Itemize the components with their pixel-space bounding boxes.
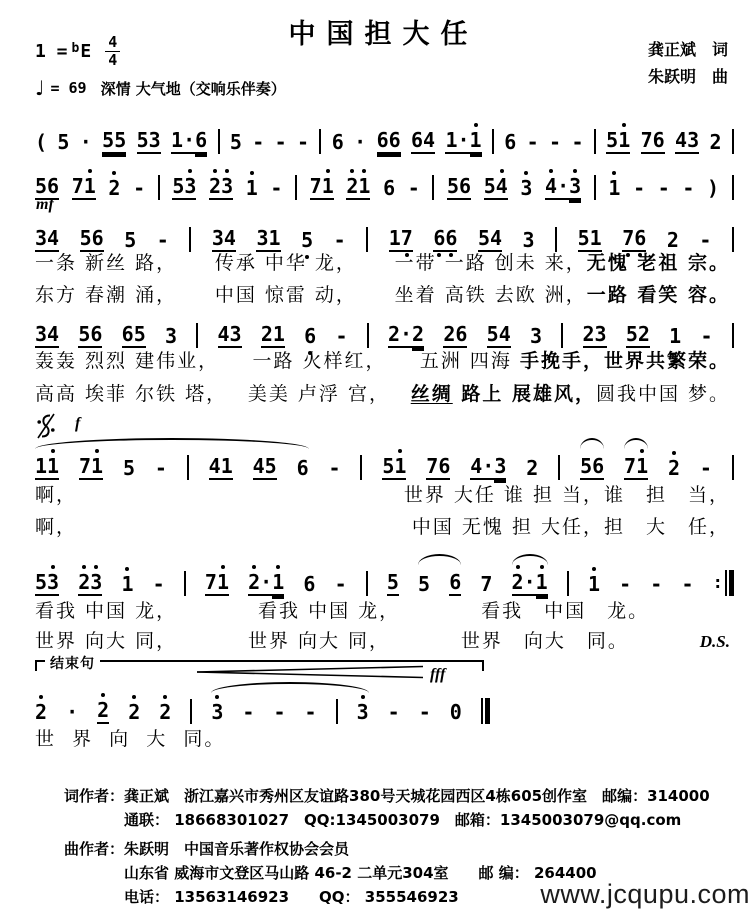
dash: - bbox=[419, 702, 431, 724]
dynamic-fff: fff bbox=[430, 666, 445, 684]
note-digit: - bbox=[335, 326, 347, 346]
note-group: - bbox=[252, 132, 264, 154]
note-digit: - bbox=[527, 132, 539, 152]
note-group bbox=[366, 571, 368, 596]
dash: - bbox=[700, 326, 712, 348]
note: 6 bbox=[303, 574, 315, 596]
note: 6 bbox=[332, 132, 344, 154]
note: 51 bbox=[382, 456, 406, 480]
paren: ) bbox=[707, 178, 719, 200]
lyric-segment: 东方 春潮 涌， bbox=[35, 284, 177, 307]
note: · bbox=[80, 132, 92, 154]
note: 6 bbox=[304, 326, 316, 348]
note: 1 bbox=[588, 574, 600, 596]
note: 34 bbox=[35, 228, 59, 252]
note-group: - bbox=[270, 178, 282, 200]
note: 41 bbox=[209, 456, 233, 480]
note-digit: 4 bbox=[218, 324, 230, 344]
note-digit: ( bbox=[35, 132, 47, 152]
note-group bbox=[189, 227, 191, 252]
ds-mark: D.S. bbox=[700, 632, 730, 652]
note-digit: 5 bbox=[382, 456, 394, 476]
note-digit: 1 bbox=[470, 130, 482, 150]
note-digit: 1 bbox=[636, 456, 648, 476]
note-group: 6 bbox=[303, 574, 315, 596]
note-group bbox=[561, 323, 563, 348]
barline bbox=[732, 227, 734, 252]
note-group: 53 bbox=[35, 572, 59, 596]
note-group bbox=[594, 129, 596, 154]
note-digit: 5 bbox=[387, 572, 399, 592]
note-digit: 2 bbox=[512, 572, 524, 592]
lyric-segment: 世界 向大 同， bbox=[248, 630, 390, 653]
dash: - bbox=[699, 230, 711, 252]
note: 1 bbox=[536, 572, 548, 596]
note-group: - bbox=[408, 178, 420, 200]
note-group: 6 bbox=[297, 458, 309, 480]
note-digit: 6 bbox=[449, 572, 461, 592]
note-group: 51 bbox=[578, 228, 602, 252]
dynamic-f: f bbox=[75, 415, 80, 433]
lyric-row: 世 界 向 大 同。 bbox=[35, 728, 315, 751]
note-digit: 5 bbox=[265, 456, 277, 476]
note-digit: - bbox=[650, 574, 662, 594]
note-digit: - bbox=[619, 574, 631, 594]
note-group: 5 bbox=[418, 574, 430, 596]
note: 43 bbox=[218, 324, 242, 348]
note: 5 bbox=[387, 572, 399, 596]
note-digit: 6 bbox=[332, 132, 344, 152]
note: 1 bbox=[608, 178, 620, 200]
note-group: 43 bbox=[218, 324, 242, 348]
note-group: - bbox=[658, 178, 670, 200]
music-line: 34565-34315-176654351762- bbox=[35, 222, 734, 252]
note-digit: 3 bbox=[523, 230, 535, 250]
note-digit: - bbox=[682, 178, 694, 198]
note-digit: 6 bbox=[122, 324, 134, 344]
barline bbox=[189, 227, 191, 252]
note: 5 bbox=[123, 458, 135, 480]
note-group: 1 bbox=[669, 326, 681, 348]
lyric-row: 啊，世界 大任 谁 担 当，谁 担 当， bbox=[35, 484, 730, 507]
note-digit: 4 bbox=[675, 130, 687, 150]
note-digit: 5 bbox=[123, 458, 135, 478]
barline bbox=[732, 129, 734, 154]
note-digit: 5 bbox=[78, 324, 90, 344]
note-digit: 5 bbox=[626, 324, 638, 344]
music-line: 345665343216-2·22654323521- bbox=[35, 318, 734, 348]
note: 7 bbox=[480, 574, 492, 596]
note-group: - bbox=[335, 574, 347, 596]
lyric-segment: 啊， bbox=[35, 484, 77, 507]
note-group: · bbox=[80, 132, 92, 154]
barline bbox=[732, 323, 734, 348]
note-group: 17 bbox=[389, 228, 413, 252]
note: 45 bbox=[253, 456, 277, 480]
slur bbox=[211, 682, 369, 693]
note-group: - bbox=[157, 230, 169, 252]
note-group: 51 bbox=[606, 130, 630, 154]
note-digit: 2 bbox=[443, 324, 455, 344]
music-line: 53231-712·16-55672·11---: bbox=[35, 566, 734, 596]
lyric-segment: 一路 火样红， bbox=[252, 350, 386, 373]
note-group: 66 bbox=[433, 228, 457, 252]
note-digit: 5 bbox=[35, 572, 47, 592]
note-group: 1 bbox=[588, 574, 600, 596]
dash: - bbox=[275, 132, 287, 154]
note-digit: 1 bbox=[669, 326, 681, 346]
note: 6 bbox=[195, 130, 207, 154]
lyric-segment: 看我 中国 龙， bbox=[258, 600, 400, 623]
note-digit: - bbox=[700, 458, 712, 478]
note-digit: 1 bbox=[221, 456, 233, 476]
note-digit: 1 bbox=[588, 574, 600, 594]
note: 71 bbox=[624, 456, 648, 480]
note-group: 5 bbox=[123, 458, 135, 480]
note: 56 bbox=[78, 324, 102, 348]
note-digit: - bbox=[334, 230, 346, 250]
note-digit: 7 bbox=[401, 228, 413, 248]
barline bbox=[432, 175, 434, 200]
note-group: 1·6 bbox=[171, 130, 207, 154]
note-digit: 6 bbox=[304, 326, 316, 346]
note-digit: 6 bbox=[383, 178, 395, 198]
slur bbox=[418, 554, 461, 565]
note-group: 3 bbox=[165, 326, 177, 348]
note-digit: 7 bbox=[310, 176, 322, 196]
note: 23 bbox=[583, 324, 607, 348]
note: 3 bbox=[523, 230, 535, 252]
note-group: - bbox=[619, 574, 631, 596]
note-group: 4·3 bbox=[470, 456, 506, 480]
lyric-row: 一条 新丝 路，传承 中华 龙，一带 一路 创未 来，无愧 老祖 宗。 bbox=[35, 252, 730, 275]
repeat-dots: : bbox=[713, 573, 723, 593]
note: 1 bbox=[246, 178, 258, 200]
dash: - bbox=[252, 132, 264, 154]
lyric-segment: 啊， bbox=[35, 516, 77, 539]
note-digit: - bbox=[658, 178, 670, 198]
dash: - bbox=[329, 458, 341, 480]
final-barline bbox=[481, 698, 490, 724]
note-digit: 1 bbox=[273, 324, 285, 344]
note-digit: 5 bbox=[418, 574, 430, 594]
barline bbox=[196, 323, 198, 348]
note-group: 4·3 bbox=[545, 176, 581, 200]
segno-icon bbox=[35, 413, 57, 439]
note-digit: 5 bbox=[484, 176, 496, 196]
note-digit: 1 bbox=[91, 456, 103, 476]
note-digit: 6 bbox=[195, 130, 207, 150]
note-digit: 4 bbox=[47, 228, 59, 248]
note-digit: 2 bbox=[526, 458, 538, 478]
note: 3 bbox=[569, 176, 581, 200]
lyric-segment: 中国 无愧 担 大任，担 大 任， bbox=[412, 516, 730, 539]
lyric-segment: 看我 中国 龙， bbox=[35, 600, 177, 623]
note-group: 5 bbox=[230, 132, 242, 154]
note-digit: 5 bbox=[578, 228, 590, 248]
barline bbox=[190, 699, 192, 724]
barline bbox=[594, 175, 596, 200]
note: 4· bbox=[470, 456, 494, 480]
note-group: 23 bbox=[583, 324, 607, 348]
note-group: 6 bbox=[332, 132, 344, 154]
note-digit: 3 bbox=[35, 228, 47, 248]
note-group: - bbox=[549, 132, 561, 154]
lyric-segment: 一条 新丝 路， bbox=[35, 252, 177, 275]
note-group: - bbox=[700, 458, 712, 480]
note-group: 2 bbox=[667, 230, 679, 252]
note-digit: 2 bbox=[78, 572, 90, 592]
note-digit: 2 bbox=[583, 324, 595, 344]
dash: - bbox=[273, 702, 285, 724]
note: 76 bbox=[622, 228, 646, 252]
note-digit: 2 bbox=[261, 324, 273, 344]
slur bbox=[512, 554, 548, 565]
note-group: 6 bbox=[449, 572, 461, 596]
note-digit: 2 bbox=[159, 702, 171, 722]
footer-line: 词作者：龚正斌 浙江嘉兴市秀州区友谊路380号天城花园西区4栋605创作室 邮编… bbox=[64, 784, 710, 808]
note: · bbox=[354, 132, 366, 154]
barline bbox=[732, 455, 734, 480]
dash: - bbox=[658, 178, 670, 200]
note-group: - bbox=[419, 702, 431, 724]
note-group: 3 bbox=[357, 702, 369, 724]
note-group: 41 bbox=[209, 456, 233, 480]
note: 52 bbox=[626, 324, 650, 348]
lyric-segment: 世 界 向 大 同。 bbox=[35, 728, 225, 751]
dash: - bbox=[619, 574, 631, 596]
note-group: 5 bbox=[124, 230, 136, 252]
note: 6 bbox=[449, 572, 461, 596]
lyric-segment: 丝绸 bbox=[411, 383, 453, 406]
note-group: 52 bbox=[626, 324, 650, 348]
dash: - bbox=[335, 574, 347, 596]
lyric-segment: 轰轰 烈烈 建伟业， bbox=[35, 350, 219, 373]
music-line: 2·2223---3--0 bbox=[35, 694, 490, 724]
note-group: 53 bbox=[172, 176, 196, 200]
note-digit: 2 bbox=[108, 178, 120, 198]
note-group: 2 bbox=[97, 700, 109, 724]
note: 21 bbox=[261, 324, 285, 348]
note-digit: 6 bbox=[592, 456, 604, 476]
note: 2 bbox=[709, 132, 721, 154]
note-digit: - bbox=[408, 178, 420, 198]
barline bbox=[558, 455, 560, 480]
note-digit: · bbox=[557, 176, 569, 196]
note: 23 bbox=[78, 572, 102, 596]
note: 1 bbox=[272, 572, 284, 596]
note-digit: 1 bbox=[590, 228, 602, 248]
note-digit: · bbox=[80, 132, 92, 152]
lyric-segment: 一带 一路 创未 来， bbox=[395, 252, 587, 275]
note-group: - bbox=[699, 230, 711, 252]
note: 3 bbox=[520, 178, 532, 200]
note-group: - bbox=[329, 458, 341, 480]
lyric-segment: 一路 看笑 容。 bbox=[587, 284, 730, 307]
note-digit: 3 bbox=[184, 176, 196, 196]
note: 71 bbox=[205, 572, 229, 596]
note-digit: · bbox=[482, 456, 494, 476]
note-group: 43 bbox=[675, 130, 699, 154]
note: 1· bbox=[445, 130, 469, 154]
note: 53 bbox=[35, 572, 59, 596]
note-digit: 3 bbox=[90, 572, 102, 592]
note-group: 76 bbox=[426, 456, 450, 480]
note-group: 2·1 bbox=[248, 572, 284, 596]
note-digit: 1 bbox=[272, 572, 284, 592]
note-group: ( bbox=[35, 132, 47, 154]
note-group: 21 bbox=[346, 176, 370, 200]
note-group: 76 bbox=[622, 228, 646, 252]
note-digit: - bbox=[242, 702, 254, 722]
note-group: 51 bbox=[382, 456, 406, 480]
note-group: 56 bbox=[580, 456, 604, 480]
note-digit: 2 bbox=[248, 572, 260, 592]
note-group: - bbox=[275, 132, 287, 154]
note-group bbox=[732, 323, 734, 348]
dash: - bbox=[242, 702, 254, 724]
note-group bbox=[732, 455, 734, 480]
note-digit: 3 bbox=[35, 324, 47, 344]
note-digit: 4 bbox=[253, 456, 265, 476]
note-digit: 5 bbox=[487, 324, 499, 344]
note-digit: 5 bbox=[447, 176, 459, 196]
note-group bbox=[567, 571, 569, 596]
note-digit: 2 bbox=[412, 324, 424, 344]
note-digit: · bbox=[354, 132, 366, 152]
note: 31 bbox=[256, 228, 280, 252]
note: 71 bbox=[79, 456, 103, 480]
note-digit: 5 bbox=[137, 130, 149, 150]
note-digit: · bbox=[524, 572, 536, 592]
note-digit: 1 bbox=[322, 176, 334, 196]
note-digit: · bbox=[66, 702, 78, 722]
lyric-segment: 世界 向大 同。 bbox=[461, 630, 629, 653]
note-digit: 5 bbox=[172, 176, 184, 196]
note: 54 bbox=[484, 176, 508, 200]
note-group: - bbox=[388, 702, 400, 724]
note-group: 56 bbox=[447, 176, 471, 200]
note: 1 bbox=[470, 130, 482, 154]
note-group: 34 bbox=[212, 228, 236, 252]
note-group: 5 bbox=[57, 132, 69, 154]
note-digit: 5 bbox=[114, 130, 126, 150]
barline bbox=[555, 227, 557, 252]
note: 55 bbox=[102, 130, 126, 154]
note-digit: 4 bbox=[47, 324, 59, 344]
note-digit: 5 bbox=[478, 228, 490, 248]
note-digit: 3 bbox=[569, 176, 581, 196]
dash: - bbox=[682, 178, 694, 200]
lyric-segment: 无愧 老祖 宗。 bbox=[587, 252, 730, 275]
note-digit: 3 bbox=[494, 456, 506, 476]
dash: - bbox=[700, 458, 712, 480]
note-digit: ) bbox=[707, 178, 719, 198]
note-digit: - bbox=[549, 132, 561, 152]
note-group: 56 bbox=[80, 228, 104, 252]
note: · bbox=[66, 702, 78, 724]
note-digit: 5 bbox=[35, 176, 47, 196]
note-digit: 1 bbox=[217, 572, 229, 592]
note-group: 71 bbox=[624, 456, 648, 480]
note-digit: 3 bbox=[149, 130, 161, 150]
barline bbox=[184, 571, 186, 596]
note-group bbox=[295, 175, 297, 200]
note-digit: - bbox=[275, 132, 287, 152]
note-digit: 5 bbox=[134, 324, 146, 344]
note-digit: 6 bbox=[411, 130, 423, 150]
dash: - bbox=[153, 574, 165, 596]
note-digit: - bbox=[153, 574, 165, 594]
dash: - bbox=[133, 178, 145, 200]
note-group: 3 bbox=[530, 326, 542, 348]
lyric-segment: 五洲 四海 bbox=[420, 350, 520, 373]
note-digit: 3 bbox=[530, 326, 542, 346]
note-digit: - bbox=[633, 178, 645, 198]
note-digit: 4 bbox=[470, 456, 482, 476]
note-group: - bbox=[133, 178, 145, 200]
note-digit: - bbox=[699, 230, 711, 250]
crescendo-mark bbox=[195, 664, 425, 680]
barline bbox=[366, 571, 368, 596]
note-group bbox=[555, 227, 557, 252]
note-group bbox=[594, 175, 596, 200]
note-digit: 3 bbox=[47, 572, 59, 592]
note: 21 bbox=[346, 176, 370, 200]
note-group: 6 bbox=[304, 326, 316, 348]
note-digit: - bbox=[419, 702, 431, 722]
note-digit: 5 bbox=[606, 130, 618, 150]
note-group bbox=[319, 129, 321, 154]
note: 53 bbox=[172, 176, 196, 200]
note: 43 bbox=[675, 130, 699, 154]
dash: - bbox=[681, 574, 693, 596]
note-digit: 2 bbox=[35, 702, 47, 722]
note-group: 56 bbox=[78, 324, 102, 348]
barline bbox=[360, 455, 362, 480]
lyric-segment: 世界共繁荣。 bbox=[604, 350, 730, 373]
note-digit: - bbox=[273, 702, 285, 722]
note-digit: 4 bbox=[545, 176, 557, 196]
note-group: 1·1 bbox=[445, 130, 481, 154]
note-group: ) bbox=[707, 178, 719, 200]
note-digit: 6 bbox=[297, 458, 309, 478]
note-digit: 5 bbox=[80, 228, 92, 248]
note-digit: 2 bbox=[638, 324, 650, 344]
note-digit: 3 bbox=[520, 178, 532, 198]
note-digit: 2 bbox=[667, 230, 679, 250]
footer-line: 曲作者：朱跃明 中国音乐著作权协会会员 bbox=[64, 837, 710, 861]
dash: - bbox=[335, 326, 347, 348]
lyric-segment: 传承 中华 龙， bbox=[215, 252, 357, 275]
note-digit: 6 bbox=[459, 176, 471, 196]
note-group: 1 bbox=[246, 178, 258, 200]
note-digit: 4 bbox=[499, 324, 511, 344]
note: 6 bbox=[297, 458, 309, 480]
note-group: · bbox=[66, 702, 78, 724]
note-group: 2·2 bbox=[388, 324, 424, 348]
note: 56 bbox=[35, 176, 59, 200]
note-group: 65 bbox=[122, 324, 146, 348]
dash: - bbox=[155, 458, 167, 480]
watermark: www.jcqupu.com bbox=[540, 879, 750, 910]
slur bbox=[35, 438, 309, 449]
dash: - bbox=[527, 132, 539, 154]
note-group bbox=[481, 698, 490, 724]
note-digit: 1 bbox=[84, 176, 96, 196]
note-digit: 6 bbox=[455, 324, 467, 344]
note-group: 54 bbox=[478, 228, 502, 252]
